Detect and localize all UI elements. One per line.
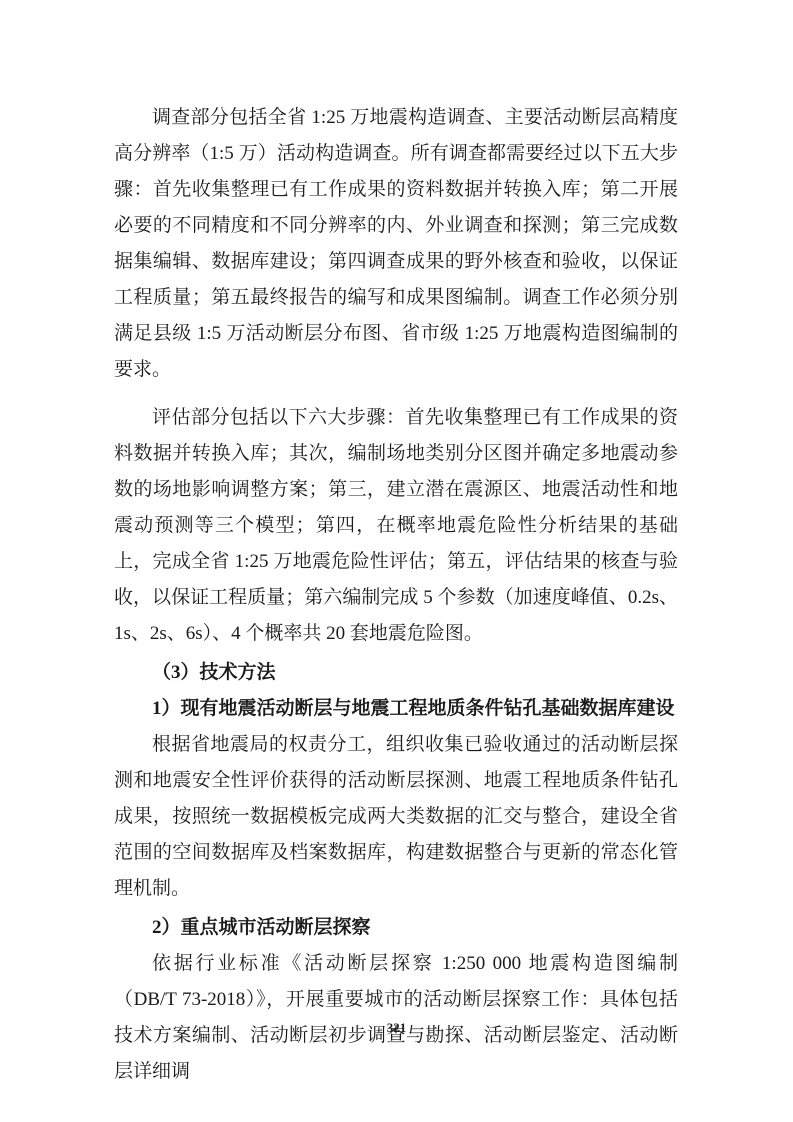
paragraph-survey-five-steps: 调查部分包括全省 1:25 万地震构造调查、主要活动断层高精度高分辨率（1:5 … — [114, 100, 678, 388]
heading-borehole-database-construction: 1）现有地震活动断层与地震工程地质条件钻孔基础数据库建设 — [114, 691, 678, 727]
heading-key-city-active-fault-survey: 2）重点城市活动断层探察 — [114, 910, 678, 946]
paragraph-database-integration: 根据省地震局的权责分工，组织收集已验收通过的活动断层探测和地震安全性评价获得的活… — [114, 727, 678, 907]
page-number: 321 — [0, 1020, 793, 1036]
document-body: 调查部分包括全省 1:25 万地震构造调查、主要活动断层高精度高分辨率（1:5 … — [114, 100, 678, 1090]
paragraph-assessment-six-steps: 评估部分包括以下六大步骤：首先收集整理已有工作成果的资料数据并转换入库；其次，编… — [114, 400, 678, 652]
document-page: 调查部分包括全省 1:25 万地震构造调查、主要活动断层高精度高分辨率（1:5 … — [0, 0, 793, 1122]
paragraph-fault-survey-work: 依据行业标准《活动断层探察 1:250 000 地震构造图编制（DB/T 73-… — [114, 946, 678, 1090]
heading-technical-methods: （3）技术方法 — [114, 655, 678, 691]
